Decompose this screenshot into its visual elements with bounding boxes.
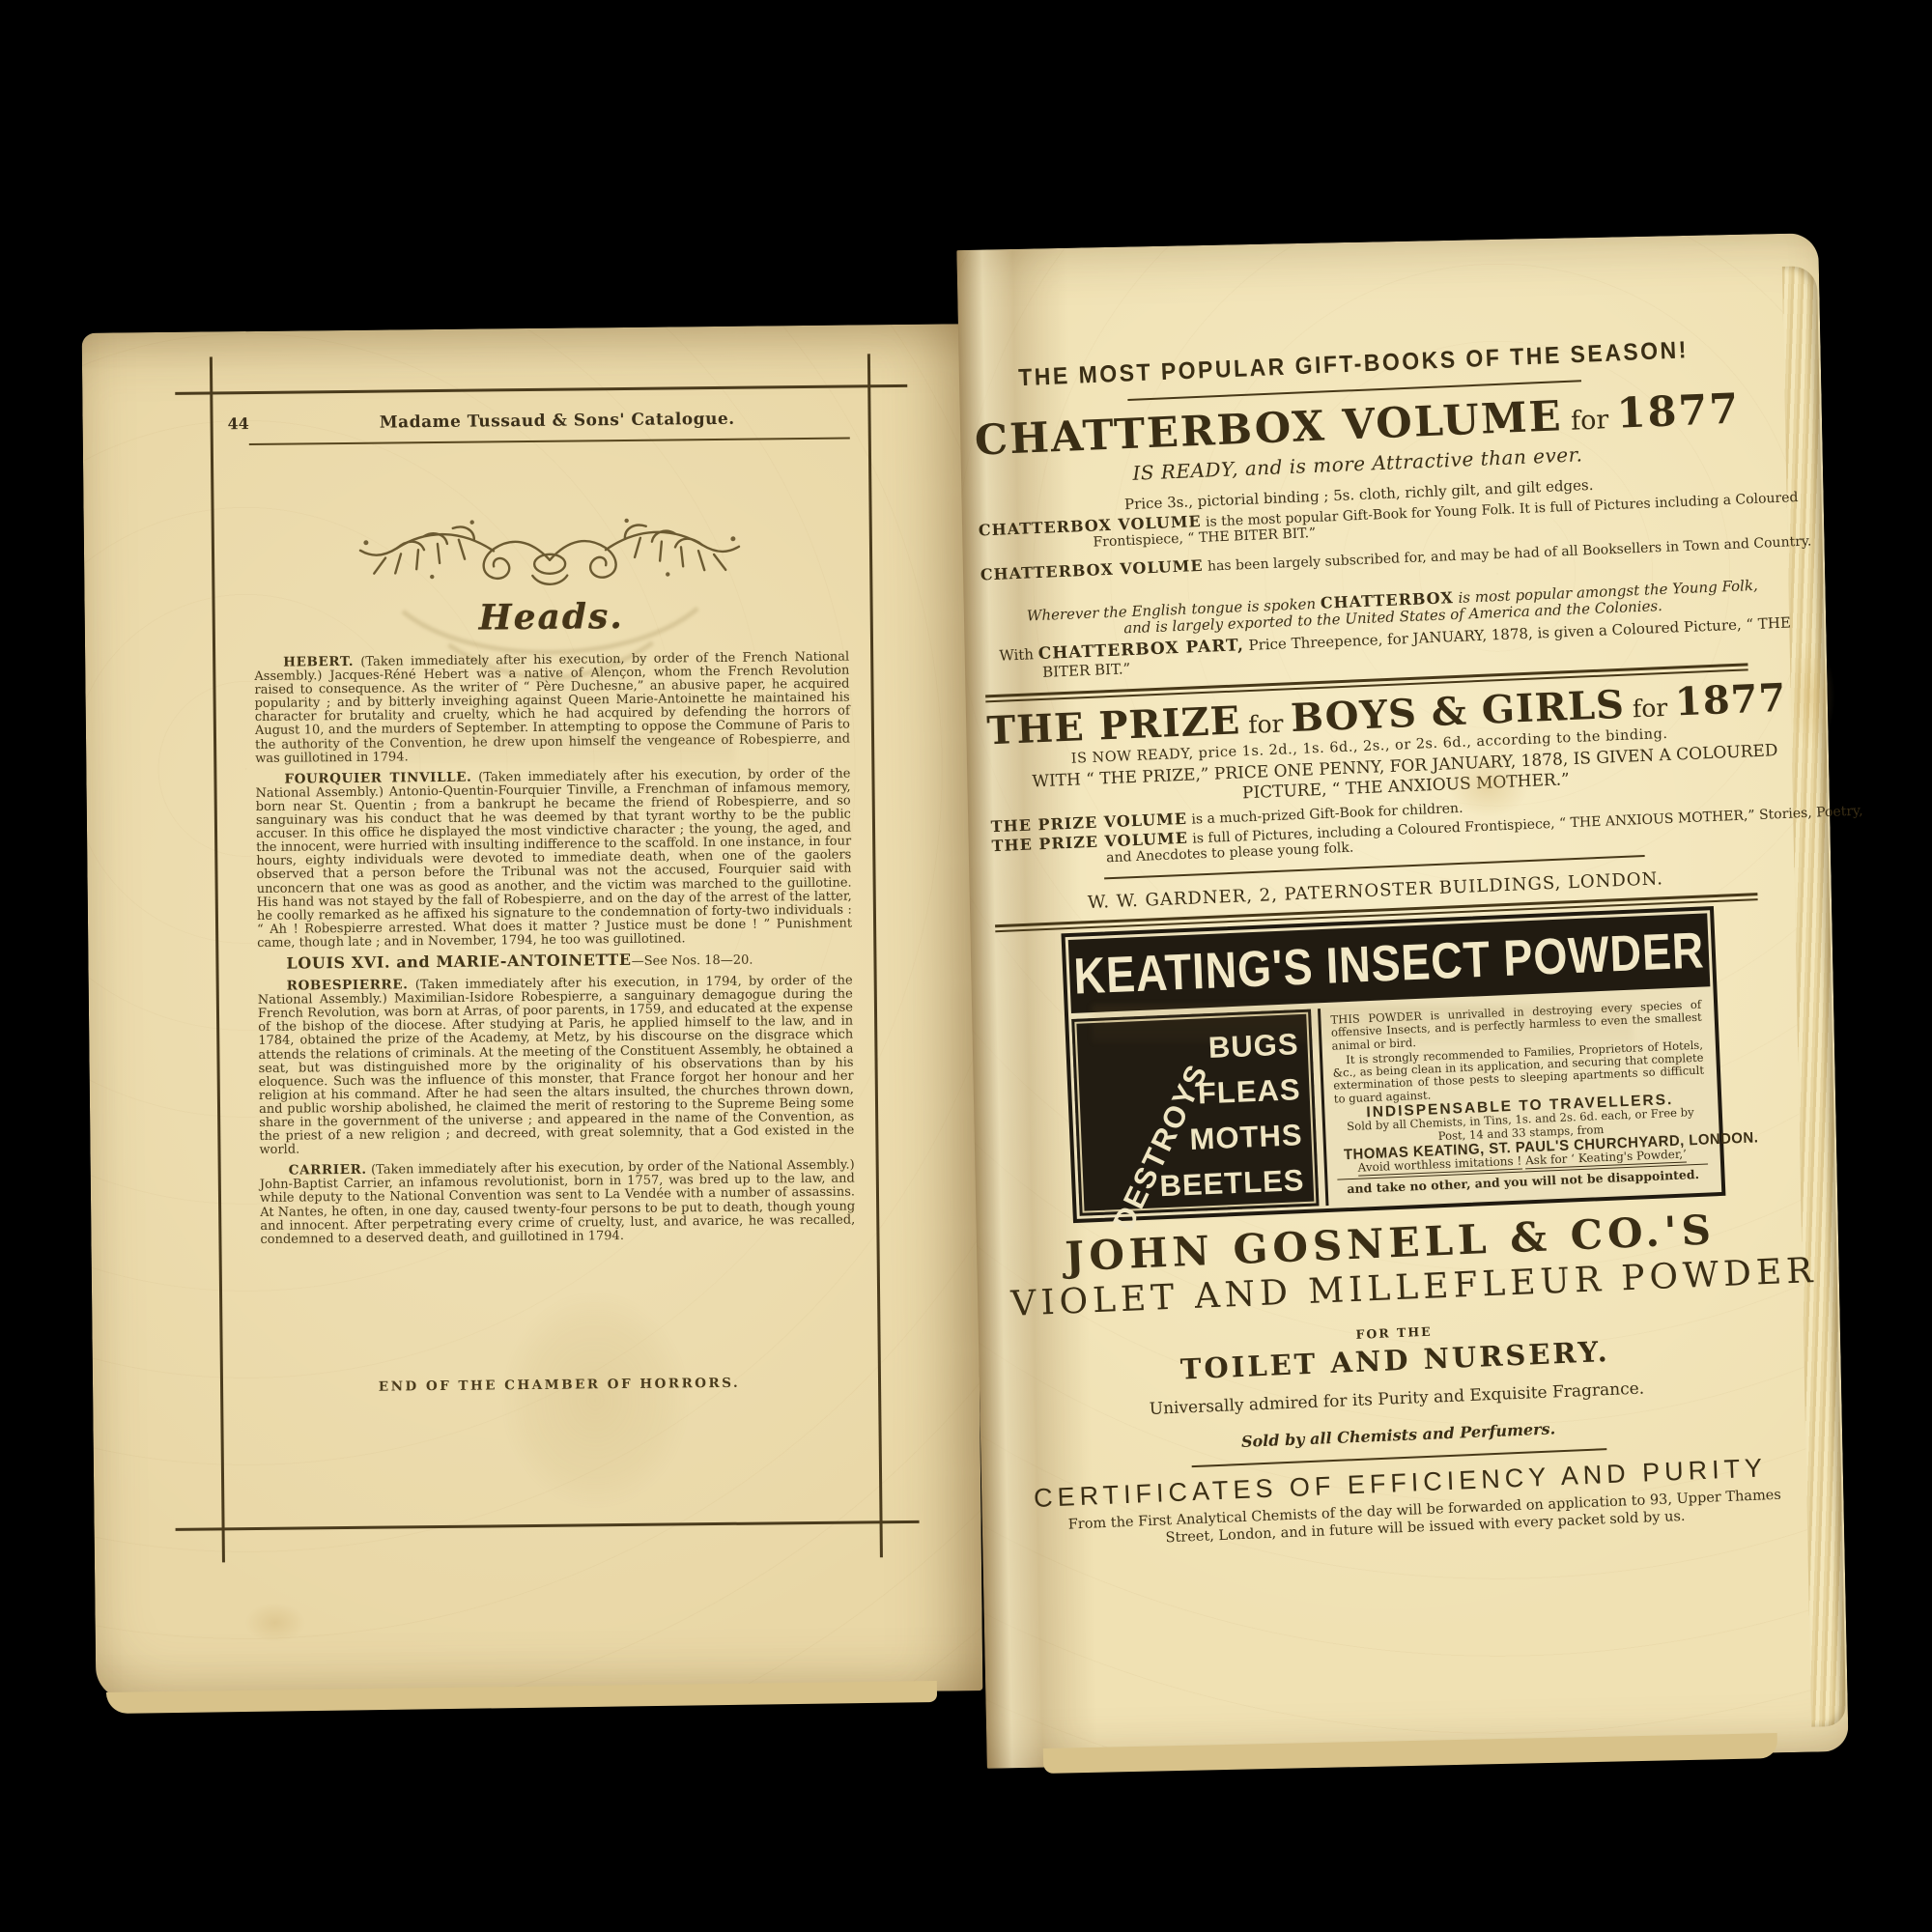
pest-item: FLEAS — [1155, 1066, 1302, 1118]
entry-name: LOUIS XVI. and MARIE-ANTOINETTE — [286, 951, 631, 973]
pest-item: BUGS — [1153, 1021, 1300, 1072]
pest-item: MOTHS — [1157, 1112, 1304, 1163]
frame-rule-right-vertical — [867, 354, 883, 1557]
paragraph-lead: CHATTERBOX VOLUME — [980, 556, 1203, 584]
photo-of-open-catalogue: 44 Madame Tussaud & Sons' Catalogue. — [0, 0, 1932, 1932]
frame-rule-bottom-horizontal — [176, 1520, 920, 1531]
season-banner: THE MOST POPULAR GIFT-BOOKS OF THE SEASO… — [972, 334, 1736, 394]
chamber-of-horrors-entries: HEBERT. (Taken immediately after his exe… — [254, 650, 855, 1254]
pest-list: BUGS FLEAS MOTHS BEETLES — [1153, 1021, 1306, 1208]
frame-rule-left-vertical — [210, 356, 225, 1562]
entry-text: —See Nos. 18—20. — [632, 953, 753, 969]
keatings-destroys-panel: DESTROYS BUGS FLEAS MOTHS BEETLES — [1071, 1009, 1319, 1216]
entry-hebert: HEBERT. (Taken immediately after his exe… — [254, 650, 850, 766]
tailpiece-show-through — [469, 1254, 723, 1547]
prize-title-for1: for — [1240, 709, 1292, 739]
entry-text: (Taken immediately after his execution, … — [256, 766, 853, 951]
prize-title-for2: for — [1624, 694, 1675, 724]
pest-item: BEETLES — [1159, 1157, 1306, 1208]
entry-carrier: CARRIER. (Taken immediately after his ex… — [260, 1158, 856, 1247]
page-number: 44 — [228, 414, 249, 434]
paragraph-text: With — [999, 645, 1038, 665]
running-header: 44 Madame Tussaud & Sons' Catalogue. — [228, 408, 866, 434]
entry-fourquier-tinville: FOURQUIER TINVILLE. (Taken immediately a… — [255, 766, 852, 951]
advertisement-column: THE MOST POPULAR GIFT-BOOKS OF THE SEASO… — [967, 227, 1729, 259]
keatings-banner-text: KEATING'S INSECT POWDER — [1073, 921, 1706, 1006]
paragraph-lead: CHATTERBOX PART, — [1037, 636, 1244, 664]
left-page: 44 Madame Tussaud & Sons' Catalogue. — [82, 324, 983, 1700]
entry-robespierre: ROBESPIERRE. (Taken immediately after hi… — [258, 974, 855, 1158]
running-title: Madame Tussaud & Sons' Catalogue. — [249, 408, 866, 434]
prize-title-year: 1877 — [1674, 675, 1787, 725]
chatterbox-title-for: for — [1562, 405, 1618, 437]
keatings-body-text: THIS POWDER is unrivalled in destroying … — [1318, 992, 1719, 1206]
right-page-advertisements: THE MOST POPULAR GIFT-BOOKS OF THE SEASO… — [956, 233, 1848, 1769]
keatings-insect-powder-ad: KEATING'S INSECT POWDER DESTROYS BUGS FL… — [1061, 906, 1725, 1223]
section-title: Heads. — [251, 594, 852, 641]
chatterbox-title-year: 1877 — [1616, 384, 1742, 438]
section-end-line: END OF THE CHAMBER OF HORRORS. — [259, 1374, 860, 1396]
frame-rule-top-horizontal — [175, 384, 907, 395]
entry-text: (Taken immediately after his execution, … — [258, 974, 855, 1158]
entry-louis-xvi-marie-antoinette: LOUIS XVI. and MARIE-ANTOINETTE—See Nos.… — [257, 951, 852, 973]
header-rule — [249, 438, 850, 446]
